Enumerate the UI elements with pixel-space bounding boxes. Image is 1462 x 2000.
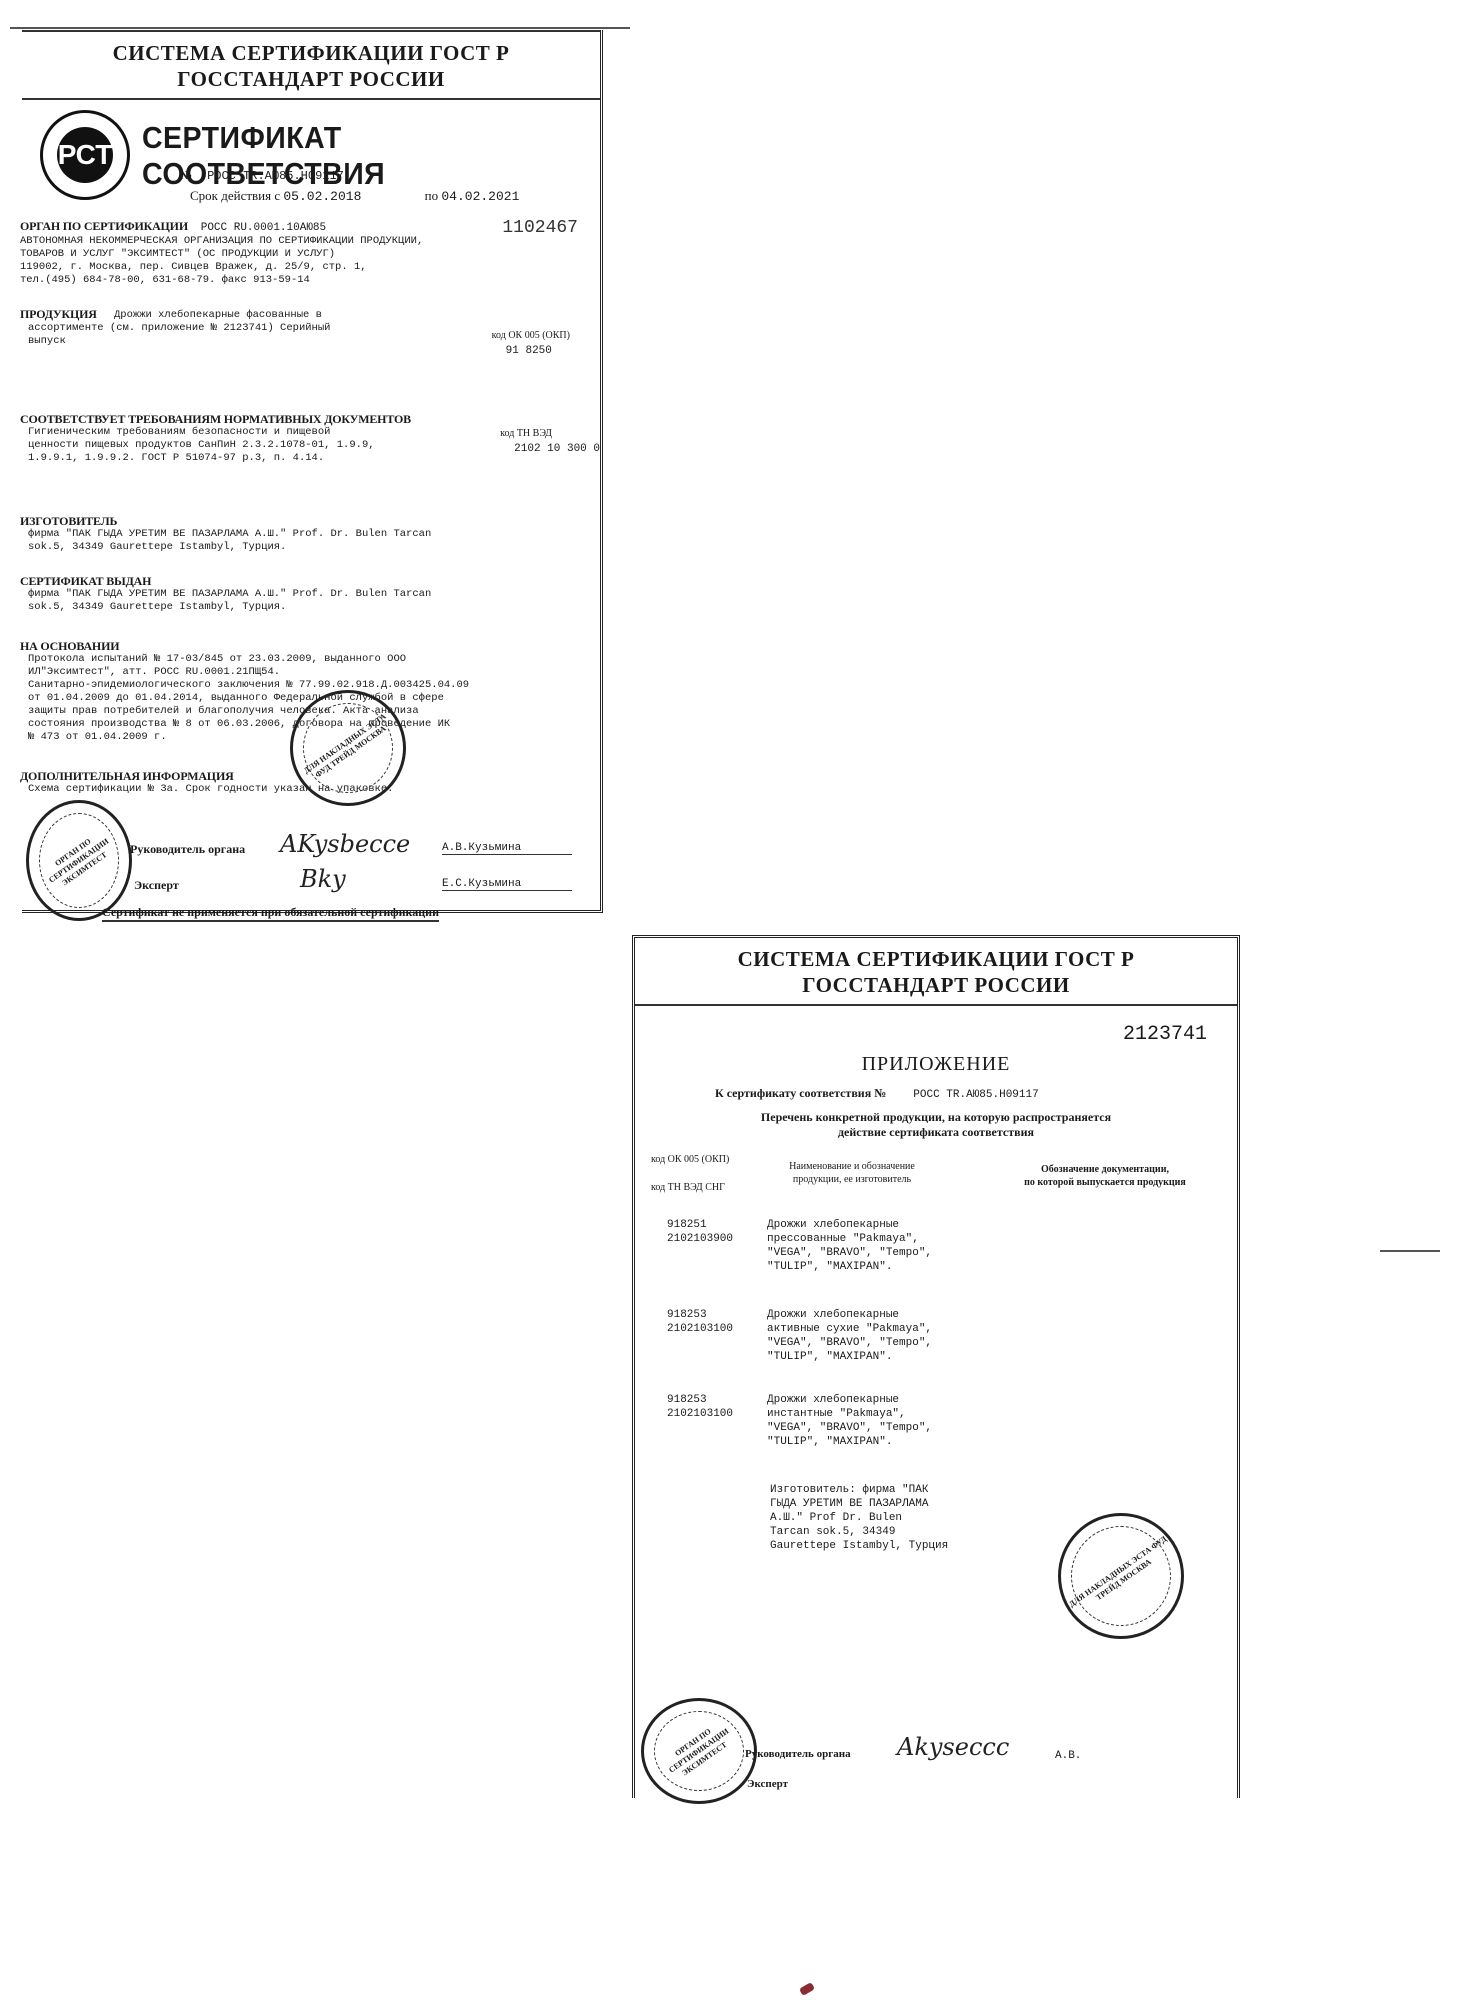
- logo-text: РСТ: [57, 127, 113, 183]
- valid-from: 05.02.2018: [283, 189, 361, 204]
- issued-to-label: СЕРТИФИКАТ ВЫДАН: [20, 575, 580, 588]
- ref-number: РОСС TR.АЮ85.Н09117: [913, 1089, 1038, 1101]
- okp-code-label: код ОК 005 (ОКП): [492, 330, 570, 341]
- number-value: РОСС TR.АЮ85.Н09117: [207, 169, 344, 183]
- appendix-document: СИСТЕМА СЕРТИФИКАЦИИ ГОСТ Р ГОССТАНДАРТ …: [632, 935, 1240, 1798]
- authority-stamp-text: ОРГАН ПО СЕРТИФИКАЦИИ ЭКСИМТЕСТ: [29, 820, 128, 902]
- head-signature-icon: AKysbecce: [280, 830, 410, 858]
- valid-to: 04.02.2021: [441, 189, 519, 204]
- expert-label: Эксперт: [134, 878, 179, 893]
- compliance-label: СООТВЕТСТВУЕТ ТРЕБОВАНИЯМ НОРМАТИВНЫХ ДО…: [20, 413, 470, 426]
- red-ink-mark: [799, 1982, 815, 1996]
- header-line2: ГОССТАНДАРТ РОССИИ: [22, 66, 600, 92]
- authority-code: РОСС RU.0001.10АЮ85: [201, 222, 326, 234]
- company-stamp-text: ДЛЯ НАКЛАДНЫХ ЭСТА ФУД ТРЕЙД МОСКВА: [297, 708, 399, 787]
- column-product-name: Наименование и обозначение продукции, ее…: [767, 1160, 937, 1186]
- row-codes: 918253 2102103100: [667, 1393, 767, 1421]
- okp-code-box: код ОК 005 (ОКП) 91 8250: [492, 330, 570, 357]
- certificate-number: № РОСС TR.АЮ85.Н09117: [180, 168, 344, 183]
- authority-stamp-icon: ОРГАН ПО СЕРТИФИКАЦИИ ЭКСИМТЕСТ: [641, 1698, 757, 1804]
- tnved-code-value: 2102 10 300 0: [500, 443, 600, 455]
- okp-code-value: 91 8250: [492, 345, 570, 357]
- product-label: ПРОДУКЦИЯ: [20, 307, 97, 321]
- additional-info-body: Схема сертификации № 3а. Срок годности у…: [20, 783, 580, 796]
- product-section: ПРОДУКЦИЯ Дрожжи хлебопекарные фасованны…: [20, 308, 460, 348]
- scan-artifact-line: [1380, 1250, 1440, 1252]
- header-line1: СИСТЕМА СЕРТИФИКАЦИИ ГОСТ Р: [22, 40, 600, 66]
- certificate-header: СИСТЕМА СЕРТИФИКАЦИИ ГОСТ Р ГОССТАНДАРТ …: [22, 30, 600, 100]
- column-code-tnved: код ТН ВЭД СНГ: [651, 1181, 725, 1194]
- compliance-body: Гигиеническим требованиям безопасности и…: [20, 426, 470, 465]
- footer-note: Сертификат не применяется при обязательн…: [102, 905, 439, 922]
- row-product-name: Дрожжи хлебопекарные прессованные "Pakma…: [767, 1218, 987, 1274]
- row-codes: 918251 2102103900: [667, 1218, 767, 1246]
- head-name: А.В.Кузьмина: [442, 842, 572, 855]
- appendix-description: Перечень конкретной продукции, на котору…: [635, 1110, 1237, 1140]
- head-name: А.В.: [1055, 1750, 1165, 1762]
- row-product-name: Дрожжи хлебопекарные активные сухие "Pak…: [767, 1308, 987, 1364]
- authority-body: АВТОНОМНАЯ НЕКОММЕРЧЕСКАЯ ОРГАНИЗАЦИЯ ПО…: [20, 235, 580, 287]
- basis-label: НА ОСНОВАНИИ: [20, 640, 600, 653]
- compliance-section: СООТВЕТСТВУЕТ ТРЕБОВАНИЯМ НОРМАТИВНЫХ ДО…: [20, 413, 470, 465]
- authority-stamp-text: ОРГАН ПО СЕРТИФИКАЦИИ ЭКСИМТЕСТ: [645, 1707, 752, 1795]
- valid-to-label: по: [425, 188, 438, 203]
- issued-to-section: СЕРТИФИКАТ ВЫДАН фирма "ПАК ГЫДА УРЕТИМ …: [20, 575, 580, 614]
- company-stamp-text: ДЛЯ НАКЛАДНЫХ ЭСТА ФУД ТРЕЙД МОСКВА: [1066, 1533, 1176, 1618]
- issued-to-body: фирма "ПАК ГЫДА УРЕТИМ ВЕ ПАЗАРЛАМА А.Ш.…: [20, 588, 580, 614]
- header-line1: СИСТЕМА СЕРТИФИКАЦИИ ГОСТ Р: [635, 946, 1237, 972]
- column-code-okp: код ОК 005 (ОКП): [651, 1153, 729, 1166]
- head-label: Руководитель органа: [130, 842, 245, 857]
- expert-name: Е.С.Кузьмина: [442, 878, 572, 891]
- header-line2: ГОССТАНДАРТ РОССИИ: [635, 972, 1237, 998]
- manufacturer-label: ИЗГОТОВИТЕЛЬ: [20, 515, 580, 528]
- tnved-code-label: код ТН ВЭД: [500, 428, 600, 439]
- column-documentation: Обозначение документации, по которой вып…: [995, 1163, 1215, 1189]
- authority-stamp-icon: ОРГАН ПО СЕРТИФИКАЦИИ ЭКСИМТЕСТ: [26, 800, 132, 921]
- company-stamp-icon: ДЛЯ НАКЛАДНЫХ ЭСТА ФУД ТРЕЙД МОСКВА: [290, 690, 406, 806]
- appendix-header: СИСТЕМА СЕРТИФИКАЦИИ ГОСТ Р ГОССТАНДАРТ …: [635, 938, 1237, 1006]
- rst-certification-logo-icon: РСТ: [40, 110, 130, 200]
- row-codes: 918253 2102103100: [667, 1308, 767, 1336]
- expert-label: Эксперт: [747, 1778, 788, 1790]
- ref-label: К сертификату соответствия №: [715, 1086, 886, 1100]
- head-signature-icon: Akyseccc: [897, 1733, 1009, 1761]
- row-product-name: Дрожжи хлебопекарные инстантные "Pakmaya…: [767, 1393, 987, 1449]
- manufacturer-section: ИЗГОТОВИТЕЛЬ фирма "ПАК ГЫДА УРЕТИМ ВЕ П…: [20, 515, 580, 554]
- certificate-document: СИСТЕМА СЕРТИФИКАЦИИ ГОСТ Р ГОССТАНДАРТ …: [22, 30, 603, 913]
- scan-artifact-line: [10, 27, 630, 29]
- authority-label: ОРГАН ПО СЕРТИФИКАЦИИ: [20, 219, 188, 233]
- authority-section: ОРГАН ПО СЕРТИФИКАЦИИ РОСС RU.0001.10АЮ8…: [20, 220, 580, 287]
- company-stamp-icon: ДЛЯ НАКЛАДНЫХ ЭСТА ФУД ТРЕЙД МОСКВА: [1058, 1513, 1184, 1639]
- appendix-title: ПРИЛОЖЕНИЕ: [635, 1053, 1237, 1076]
- appendix-reference: К сертификату соответствия № РОСС TR.АЮ8…: [715, 1086, 1039, 1101]
- validity-label: Срок действия с: [190, 188, 280, 203]
- tnved-code-box: код ТН ВЭД 2102 10 300 0: [500, 428, 600, 455]
- validity-period: Срок действия с 05.02.2018 по 04.02.2021: [190, 188, 519, 204]
- head-label: Руководитель органа: [745, 1748, 851, 1760]
- expert-signature-icon: Bky: [300, 865, 346, 893]
- appendix-manufacturer: Изготовитель: фирма "ПАК ГЫДА УРЕТИМ ВЕ …: [770, 1483, 948, 1553]
- number-label: №: [180, 168, 192, 182]
- manufacturer-body: фирма "ПАК ГЫДА УРЕТИМ ВЕ ПАЗАРЛАМА А.Ш.…: [20, 528, 580, 554]
- appendix-serial: 2123741: [1123, 1023, 1207, 1046]
